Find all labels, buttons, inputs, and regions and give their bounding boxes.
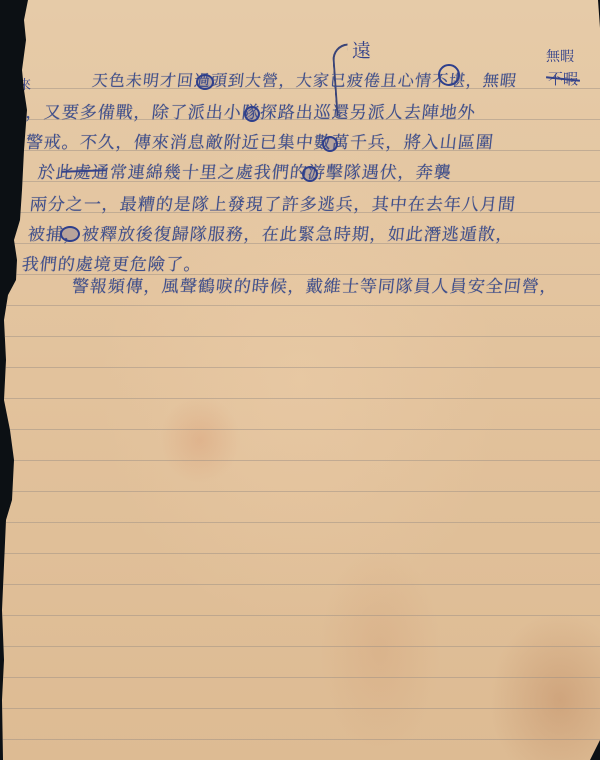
manuscript-page: 來 遠 無暇 不暇 天色未明才回過頭到大營，大家已疲倦且心情不堪，無暇 ，又要多… <box>0 0 600 760</box>
ruled-line <box>0 367 600 368</box>
inserted-character: 遠 <box>352 36 371 63</box>
edit-circle-mark <box>302 166 318 182</box>
ruled-line <box>0 429 600 430</box>
ruled-line <box>0 491 600 492</box>
edit-circle-mark <box>244 106 260 122</box>
ruled-line <box>0 336 600 337</box>
margin-mark: 來 <box>18 74 31 93</box>
edit-circle-mark <box>196 74 214 90</box>
edit-circle-mark <box>60 226 80 242</box>
text-line-8: 警報頻傳，風聲鶴唳的時候，戴維士等同隊員人員安全回營， <box>71 272 560 297</box>
ruled-line <box>0 460 600 461</box>
text-line-5: 兩分之一，最糟的是隊上發現了許多逃兵，其中在去年八月間 <box>29 190 518 215</box>
text-line-6: 被捕，被釋放後復歸隊服務，在此緊急時期，如此潛逃遁散， <box>27 220 516 245</box>
ruled-line <box>0 305 600 306</box>
edit-circle-mark <box>322 136 338 152</box>
ruled-line <box>0 646 600 647</box>
ruled-line <box>0 677 600 678</box>
ruled-line <box>0 615 600 616</box>
text-line-3: 警戒。不久，傳來消息敵附近已集中數萬千兵，將入山區圍 <box>25 128 496 153</box>
ruled-line <box>0 739 600 740</box>
ruled-line <box>0 584 600 585</box>
ruled-line <box>0 398 600 399</box>
ruled-line <box>0 553 600 554</box>
ruled-line <box>0 522 600 523</box>
correction-insert: 無暇 <box>546 46 574 66</box>
ruled-line <box>0 708 600 709</box>
edit-circle-mark <box>438 64 460 86</box>
